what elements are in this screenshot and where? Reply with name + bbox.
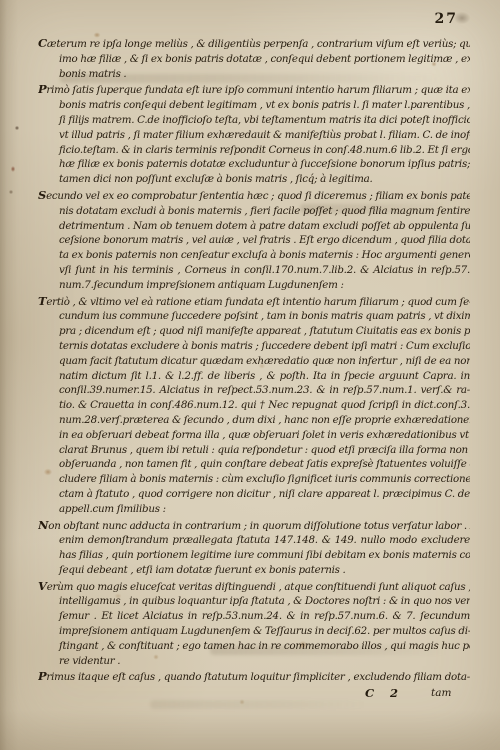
text-line: obſeruanda , non tamen fit , quin conſta… — [38, 457, 470, 472]
text-line: conſil.39.numer.15. Alciatus in reſpect.… — [38, 383, 470, 398]
text-line: appell.cum ſimilibus : — [38, 502, 470, 517]
text-line: clarat Brunus , quem ibi retuli : quia r… — [38, 443, 470, 458]
text-line: impreſsionem antiquam Lugdunenſem & Teſſ… — [38, 624, 470, 639]
text-line: num.28.verſ.præterea & ſecundo , dum dix… — [38, 413, 470, 428]
paragraph: Tertiò , & vltimo vel eà ratione etiam f… — [38, 294, 470, 517]
text-line: vſi ſunt in his terminis , Corneus in co… — [38, 263, 470, 278]
text-line: pra ; dicendum eſt ; quod niſi manifeſte… — [38, 324, 470, 339]
catchword: tam — [431, 687, 451, 699]
paragraph: Primus itaque eſt caſus , quando ſtatutu… — [38, 669, 470, 685]
signature-line: C 2 tam — [38, 686, 470, 702]
text-line: Non obſtant nunc adducta in contrarium ;… — [38, 518, 470, 534]
text-line: ctam à ſtatuto , quod corrigere non dici… — [38, 487, 470, 502]
text-block: Cæterum re ipſa longe meliùs , & diligen… — [38, 36, 470, 702]
text-line: nis dotatam excludi à bonis maternis , f… — [38, 204, 470, 219]
text-line: in ea obſeruari debeat forma illa , quæ … — [38, 428, 470, 443]
text-line: has filias , quin portionem legitime iur… — [38, 548, 470, 563]
text-line: enim demonſtrandum præallegata ſtatuta 1… — [38, 533, 470, 548]
text-line: ſi filijs matrem. C.de inofficioſo teſta… — [38, 113, 470, 128]
text-line: Tertiò , & vltimo vel eà ratione etiam f… — [38, 294, 470, 310]
book-page-scan: { "page": { "number": "27", "paragraphs"… — [0, 0, 500, 750]
text-line: re videntur . — [38, 654, 470, 669]
text-line: detrimentum . Nam ob tenuem dotem à patr… — [38, 219, 470, 234]
text-line: tamen dici non poſſunt excluſæ à bonis m… — [38, 172, 470, 187]
paragraph: Cæterum re ipſa longe meliùs , & diligen… — [38, 36, 470, 81]
text-line: vt illud patris , ſi mater filium exhære… — [38, 128, 470, 143]
text-line: ſtingant , & conſtituant ; ego tamen hac… — [38, 639, 470, 654]
text-line: ternis dotatas excludere à bonis matris … — [38, 339, 470, 354]
text-line: bonis matris conſequi debent legitimam ,… — [38, 98, 470, 113]
text-line: Verùm quo magis eluceſcat veritas diſtin… — [38, 579, 470, 595]
page-number: 27 — [435, 11, 458, 27]
signature-number: 2 — [390, 686, 398, 700]
text-line: intelligamus , in quibus loquantur ipſa … — [38, 594, 470, 609]
text-line: natim dictum ſit l.1. & l.2.ff. de liber… — [38, 369, 470, 384]
text-line: tio. & Crauetta in conſ.486.num.12. qui … — [38, 398, 470, 413]
text-line: cundum ius commune ſuccedere poſsint , t… — [38, 309, 470, 324]
text-line: Secundo vel ex eo comprobatur ſententia … — [38, 188, 470, 204]
text-line: quam facit ſtatutum dicatur quædam exhær… — [38, 354, 470, 369]
paragraph: Secundo vel ex eo comprobatur ſententia … — [38, 188, 470, 293]
text-line: ceſsione bonorum matris , vel auiæ , vel… — [38, 233, 470, 248]
text-line: hæ filiæ ex bonis paternis dotatæ exclud… — [38, 157, 470, 172]
text-line: ta ex bonis paternis non cenſeatur exclu… — [38, 248, 470, 263]
text-line: ſequi debeant , etſi iam dotatæ fuerunt … — [38, 563, 470, 578]
signature-mark: C — [365, 686, 374, 700]
text-line: num.7.ſecundum impreſsionem antiquam Lug… — [38, 278, 470, 293]
text-line: Primò ſatis ſuperque fundata eſt iure ip… — [38, 82, 470, 98]
paragraph: Non obſtant nunc adducta in contrarium ;… — [38, 518, 470, 578]
text-line: ſemur . Et licet Alciatus in reſp.53.num… — [38, 609, 470, 624]
text-line: Cæterum re ipſa longe meliùs , & diligen… — [38, 36, 470, 52]
text-line: ficio.teſtam. & in claris terminis reſpo… — [38, 143, 470, 158]
paragraph: Verùm quo magis eluceſcat veritas diſtin… — [38, 579, 470, 669]
text-line: imo hæ filiæ , & ſi ex bonis patris dota… — [38, 52, 470, 67]
text-line: bonis matris . — [38, 67, 470, 82]
text-line: Primus itaque eſt caſus , quando ſtatutu… — [38, 669, 470, 685]
text-line: cludere filiam à bonis maternis : cùm ex… — [38, 472, 470, 487]
paragraph: Primò ſatis ſuperque fundata eſt iure ip… — [38, 82, 470, 187]
